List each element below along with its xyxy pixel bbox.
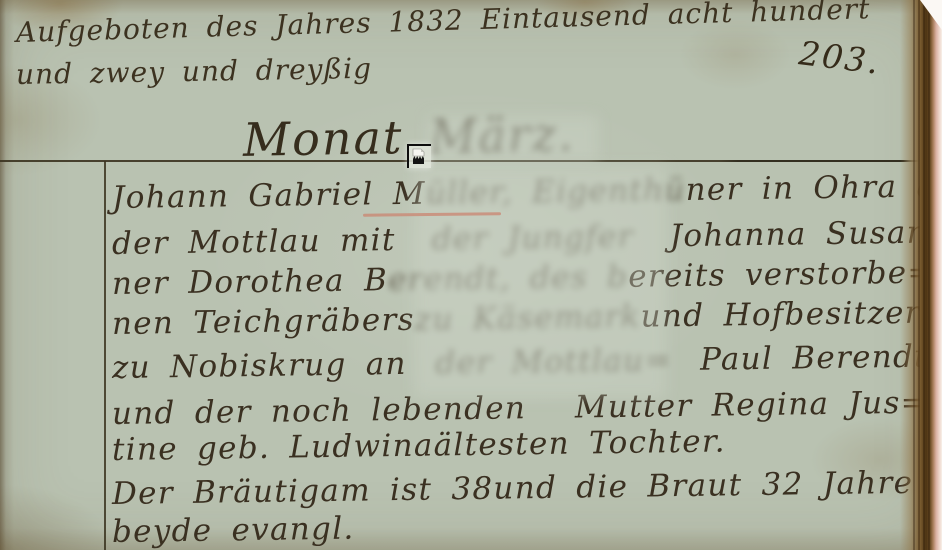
month-label: Monat	[243, 110, 404, 167]
record-line: zu Nobiskrug an der Mottlau= Paul Berend…	[112, 339, 928, 386]
line-segment: ner Dorothea B	[112, 262, 389, 302]
line-segment: tine geb. Ludwina	[112, 428, 434, 468]
record-line: und der noch lebenden Mutter Regina Jus=	[112, 385, 928, 432]
line-segment: nen Teichgräbers	[112, 302, 415, 342]
line-segment-blurred: zu Käsemark	[415, 299, 641, 338]
line-segment: Johann Gabriel M	[112, 176, 426, 216]
line-segment-blurred: üller, Eigenthü	[426, 172, 686, 212]
record-line: ner Dorothea B erendt, des b ereits vers…	[112, 255, 928, 302]
horizontal-rule	[0, 160, 922, 162]
month-name-blurred: März.	[429, 107, 575, 164]
record-line: nen Teichgräbers zu Käsemark und Hofbesi…	[112, 295, 928, 342]
line-segment: beyde evangl.	[112, 511, 355, 550]
header-line-1: Aufgeboten des Jahres 1832 Eintausend ac…	[16, 0, 871, 49]
binding-texture	[910, 0, 930, 550]
line-segment: Paul Berendt	[700, 339, 928, 378]
record-line: Johann Gabriel M üller, Eigenthü ner in …	[112, 169, 928, 216]
line-segment: ereits verstorbe=	[628, 255, 935, 295]
record-line: der Mottlau mit der Jungfer Johanna Susa…	[112, 215, 928, 262]
broken-image-icon	[407, 144, 431, 168]
line-segment: und Hofbesitzers	[640, 294, 938, 334]
header-line-2: und zwey und dreyßig	[16, 52, 373, 91]
register-page-scan: Aufgeboten des Jahres 1832 Eintausend ac…	[0, 0, 942, 550]
page-number: 203.	[797, 33, 883, 82]
line-segment: Mutter Regina Jus=	[575, 385, 929, 426]
line-segment: und der noch lebenden	[112, 390, 527, 432]
line-segment: und die Braut 32 Jahre alt	[493, 464, 942, 507]
column-rule	[104, 161, 106, 550]
line-segment: zu Nobiskrug an	[112, 346, 407, 386]
record-line: tine geb. Ludwina ältesten Tochter.	[112, 424, 712, 468]
line-segment: der Mottlau mit	[112, 222, 396, 262]
broken-image-glyph	[409, 146, 431, 168]
line-segment-blurred: der Mottlau=	[435, 342, 672, 381]
line-segment-blurred: der Jungfer	[431, 219, 633, 258]
red-underline	[363, 212, 501, 216]
line-segment-blurred: erendt, des b	[388, 259, 629, 298]
line-segment: ältesten Tochter.	[433, 423, 726, 463]
page-corner	[920, 0, 942, 30]
line-segment: Der Bräutigam ist 38	[112, 471, 494, 512]
line-segment: Johanna Susan	[669, 215, 928, 255]
